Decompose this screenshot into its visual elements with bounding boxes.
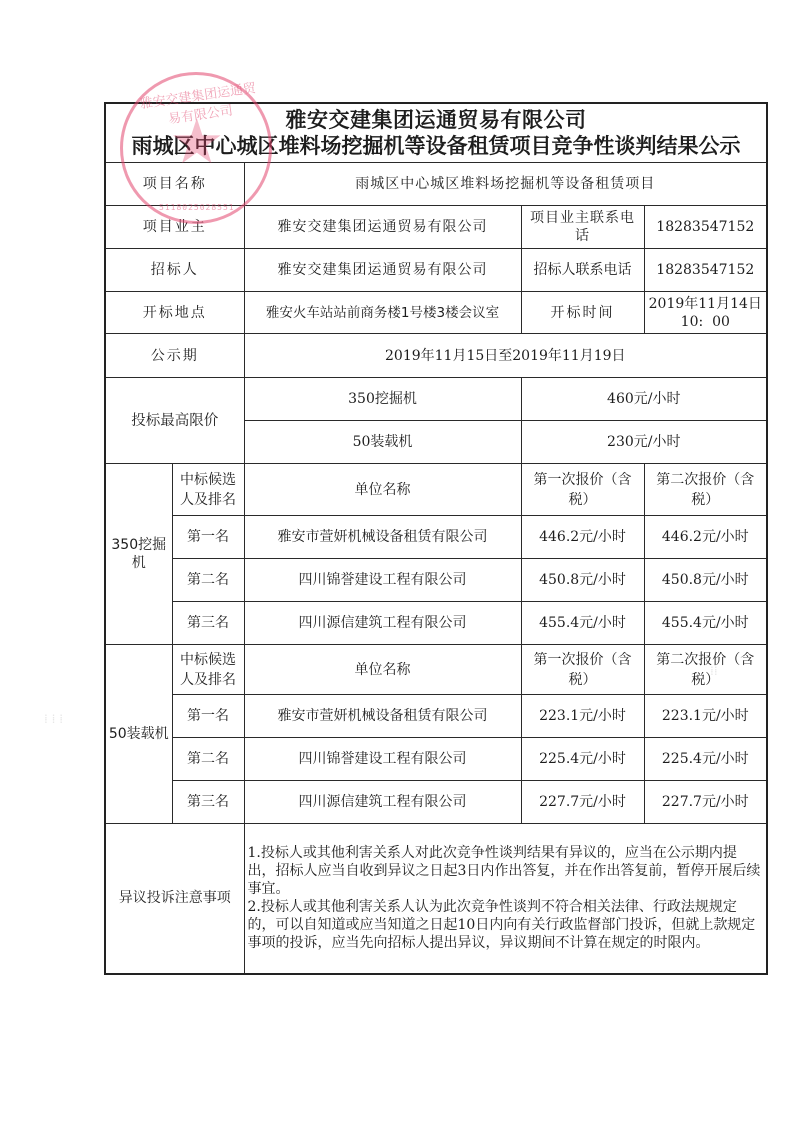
first-bid-cell: 450.8元/小时 — [521, 559, 644, 602]
rank-cell: 第二名 — [172, 559, 244, 602]
title-cell: 雅安交建集团运通贸易有限公司 雨城区中心城区堆料场挖掘机等设备租赁项目竞争性谈判… — [105, 103, 767, 163]
second-bid-cell: 225.4元/小时 — [644, 738, 767, 781]
owner-value: 雅安交建集团运通贸易有限公司 — [244, 206, 521, 249]
title-row: 雅安交建集团运通贸易有限公司 雨城区中心城区堆料场挖掘机等设备租赁项目竞争性谈判… — [105, 103, 767, 163]
company-header: 单位名称 — [244, 464, 521, 516]
second-bid-cell: 446.2元/小时 — [644, 516, 767, 559]
company-header: 单位名称 — [244, 645, 521, 695]
table-row: 第一名 雅安市萱妍机械设备租赁有限公司 446.2元/小时 446.2元/小时 — [105, 516, 767, 559]
price-limit-equipment: 350挖掘机 — [244, 378, 521, 421]
tenderer-phone-label: 招标人联系电话 — [521, 249, 644, 292]
price-limit-value: 460元/小时 — [521, 378, 767, 421]
complaint-row: 异议投诉注意事项 1.投标人或其他利害关系人对此次竞争性谈判结果有异议的，应当在… — [105, 824, 767, 974]
opening-row: 开标地点 雅安火车站站前商务楼1号楼3楼会议室 开标时间 2019年11月14日… — [105, 292, 767, 334]
tenderer-value: 雅安交建集团运通贸易有限公司 — [244, 249, 521, 292]
tenderer-row: 招标人 雅安交建集团运通贸易有限公司 招标人联系电话 18283547152 — [105, 249, 767, 292]
company-cell: 雅安市萱妍机械设备租赁有限公司 — [244, 695, 521, 738]
complaint-label: 异议投诉注意事项 — [105, 824, 244, 974]
price-limit-equipment: 50装载机 — [244, 421, 521, 464]
first-bid-header: 第一次报价（含税） — [521, 645, 644, 695]
results-header-row: 350挖掘机 中标候选人及排名 单位名称 第一次报价（含税） 第二次报价（含税） — [105, 464, 767, 516]
owner-phone-label: 项目业主联系电话 — [521, 206, 644, 249]
publicity-label: 公示期 — [105, 334, 244, 378]
table-row: 第三名 四川源信建筑工程有限公司 455.4元/小时 455.4元/小时 — [105, 602, 767, 645]
company-title: 雅安交建集团运通贸易有限公司 — [106, 107, 766, 133]
scan-smudge: ⁞⁞ — [710, 664, 718, 678]
first-bid-cell: 227.7元/小时 — [521, 781, 644, 824]
table-row: 第一名 雅安市萱妍机械设备租赁有限公司 223.1元/小时 223.1元/小时 — [105, 695, 767, 738]
first-bid-cell: 455.4元/小时 — [521, 602, 644, 645]
company-cell: 四川源信建筑工程有限公司 — [244, 602, 521, 645]
company-cell: 四川源信建筑工程有限公司 — [244, 781, 521, 824]
opening-date: 2019年11月14日 — [647, 295, 765, 313]
second-bid-header: 第二次报价（含税） — [644, 645, 767, 695]
opening-time-value: 2019年11月14日 10: 00 — [644, 292, 767, 334]
rank-cell: 第三名 — [172, 602, 244, 645]
opening-place-label: 开标地点 — [105, 292, 244, 334]
table-row: 第二名 四川锦誉建设工程有限公司 225.4元/小时 225.4元/小时 — [105, 738, 767, 781]
complaint-note-1: 1.投标人或其他利害关系人对此次竞争性谈判结果有异议的，应当在公示期内提出，招标… — [248, 844, 764, 898]
rank-header: 中标候选人及排名 — [172, 464, 244, 516]
rank-cell: 第二名 — [172, 738, 244, 781]
complaint-note-2: 2.投标人或其他利害关系人认为此次竞争性谈判不符合相关法律、行政法规规定的，可以… — [248, 898, 764, 952]
owner-label: 项目业主 — [105, 206, 244, 249]
owner-phone-value: 18283547152 — [644, 206, 767, 249]
first-bid-cell: 225.4元/小时 — [521, 738, 644, 781]
price-limit-value: 230元/小时 — [521, 421, 767, 464]
rank-cell: 第一名 — [172, 695, 244, 738]
rank-header: 中标候选人及排名 — [172, 645, 244, 695]
equipment-group-label: 50装载机 — [105, 645, 172, 824]
second-bid-cell: 227.7元/小时 — [644, 781, 767, 824]
second-bid-header: 第二次报价（含税） — [644, 464, 767, 516]
results-header-row: 50装载机 中标候选人及排名 单位名称 第一次报价（含税） 第二次报价（含税） — [105, 645, 767, 695]
owner-row: 项目业主 雅安交建集团运通贸易有限公司 项目业主联系电话 18283547152 — [105, 206, 767, 249]
second-bid-cell: 223.1元/小时 — [644, 695, 767, 738]
second-bid-cell: 450.8元/小时 — [644, 559, 767, 602]
document-page: 雅安交建集团运通贸易有限公司 雨城区中心城区堆料场挖掘机等设备租赁项目竞争性谈判… — [0, 0, 800, 1129]
rank-cell: 第三名 — [172, 781, 244, 824]
first-bid-cell: 223.1元/小时 — [521, 695, 644, 738]
tenderer-phone-value: 18283547152 — [644, 249, 767, 292]
first-bid-cell: 446.2元/小时 — [521, 516, 644, 559]
complaint-notes: 1.投标人或其他利害关系人对此次竞争性谈判结果有异议的，应当在公示期内提出，招标… — [244, 824, 767, 974]
publicity-row: 公示期 2019年11月15日至2019年11月19日 — [105, 334, 767, 378]
company-cell: 四川锦誉建设工程有限公司 — [244, 738, 521, 781]
publicity-value: 2019年11月15日至2019年11月19日 — [244, 334, 767, 378]
tenderer-label: 招标人 — [105, 249, 244, 292]
opening-time-label: 开标时间 — [521, 292, 644, 334]
rank-cell: 第一名 — [172, 516, 244, 559]
first-bid-header: 第一次报价（含税） — [521, 464, 644, 516]
equipment-group-label: 350挖掘机 — [105, 464, 172, 645]
scan-smudge: ⁞ ⁞ ⁞ — [44, 712, 63, 726]
announcement-title: 雨城区中心城区堆料场挖掘机等设备租赁项目竞争性谈判结果公示 — [106, 133, 766, 159]
company-cell: 四川锦誉建设工程有限公司 — [244, 559, 521, 602]
price-limit-row-1: 投标最高限价 350挖掘机 460元/小时 — [105, 378, 767, 421]
price-limit-label: 投标最高限价 — [105, 378, 244, 464]
second-bid-cell: 455.4元/小时 — [644, 602, 767, 645]
result-announcement-table: 雅安交建集团运通贸易有限公司 雨城区中心城区堆料场挖掘机等设备租赁项目竞争性谈判… — [104, 102, 768, 975]
table-row: 第三名 四川源信建筑工程有限公司 227.7元/小时 227.7元/小时 — [105, 781, 767, 824]
project-name-value: 雨城区中心城区堆料场挖掘机等设备租赁项目 — [244, 163, 767, 206]
table-row: 第二名 四川锦誉建设工程有限公司 450.8元/小时 450.8元/小时 — [105, 559, 767, 602]
opening-clock: 10: 00 — [647, 313, 765, 331]
project-name-row: 项目名称 雨城区中心城区堆料场挖掘机等设备租赁项目 — [105, 163, 767, 206]
company-cell: 雅安市萱妍机械设备租赁有限公司 — [244, 516, 521, 559]
opening-place-value: 雅安火车站站前商务楼1号楼3楼会议室 — [244, 292, 521, 334]
project-name-label: 项目名称 — [105, 163, 244, 206]
